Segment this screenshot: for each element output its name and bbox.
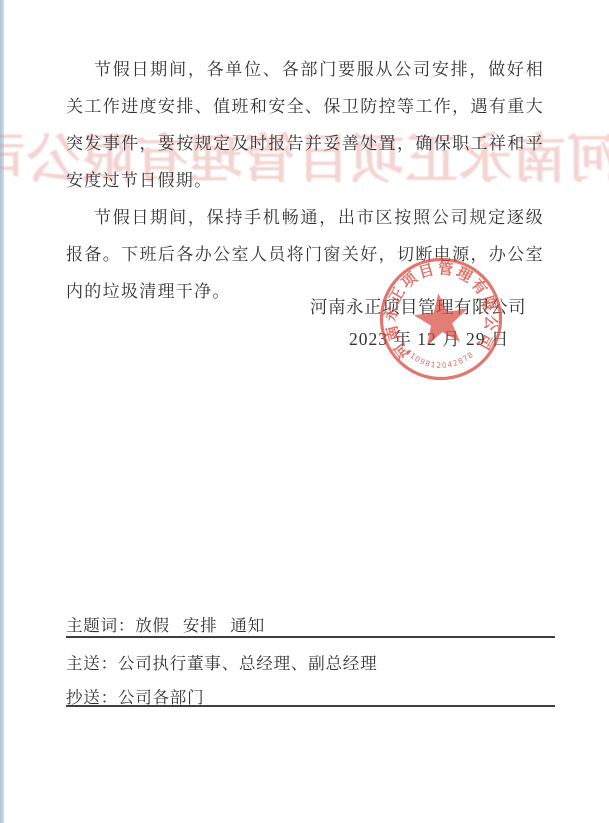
scanner-edge-strip	[0, 0, 4, 823]
seal-star-icon	[412, 290, 470, 346]
divider-line-top	[66, 636, 555, 638]
main-send-label: 主送：	[66, 654, 118, 673]
divider-line-bottom	[66, 705, 555, 707]
main-recipients-row: 主送：公司执行董事、总经理、副总经理	[66, 650, 555, 674]
subject-keyword-holiday: 放假	[135, 616, 170, 635]
subject-label: 主题词：	[66, 616, 135, 635]
subject-keyword-notice: 通知	[230, 616, 265, 635]
main-send-value: 公司执行董事、总经理、副总经理	[118, 654, 378, 673]
paragraph-holiday-duty: 节假日期间，各单位、各部门要服从公司安排，做好相关工作进度安排、值班和安全、保卫…	[66, 51, 544, 199]
seal-serial-number: 4109812042878	[403, 341, 477, 374]
scanned-notice-page: 河南永正项目管理有限公司 节假日期间，各单位、各部门要服从公司安排，做好相关工作…	[0, 0, 609, 823]
official-red-seal: 河南永正项目管理有限公司 4109812042878	[371, 249, 512, 390]
subject-keywords-row: 主题词：放假安排通知	[66, 612, 555, 636]
subject-keyword-arrangement: 安排	[183, 616, 218, 635]
